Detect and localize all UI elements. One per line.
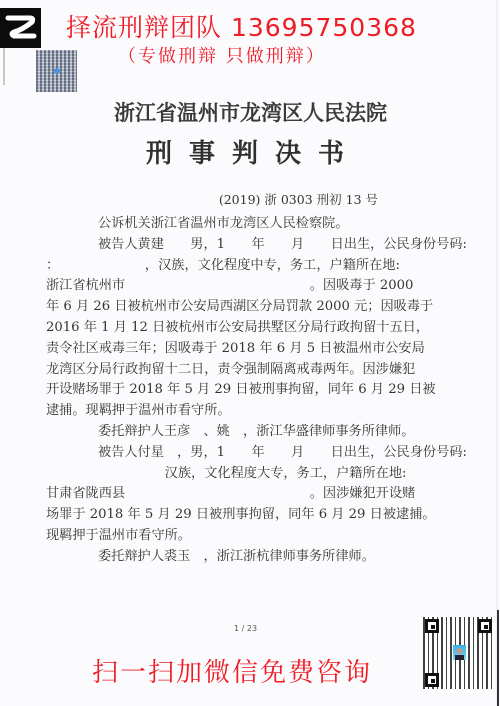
team-subtitle: （专做刑辩 只做刑辩） [118,42,326,68]
text-line: 现羁押于温州市看守所。 [72,526,422,547]
qr-code-icon[interactable] [423,617,494,689]
paragraph-defendant-1: 被告人黄建 男，1 年 月 日出生，公民身份号码: ： ，汉族，文化程度中专，务… [72,235,422,422]
page-edge [497,610,499,706]
paragraph-defender-2: 委托辩护人裘玉 ，浙江浙杭律师事务所律师。 [72,547,422,568]
text-line: 责令社区戒毒三年；因吸毒于 2018 年 6 月 5 日被温州市公安局 [72,339,422,360]
text-line: 逮捕。现羁押于温州市看守所。 [72,401,422,422]
text-line: ： ，汉族，文化程度中专，务工，户籍所在地: [72,256,422,277]
logo-icon [0,8,41,48]
text-line: 委托辩护人裘玉 ，浙江浙杭律师事务所律师。 [72,547,422,568]
court-name: 浙江省温州市龙湾区人民法院 [114,97,387,127]
qr-center-dot [54,68,60,74]
document-body: 公诉机关浙江省温州市龙湾区人民检察院。 被告人黄建 男，1 年 月 日出生，公民… [72,214,422,568]
text-line: 被告人黄建 男，1 年 月 日出生，公民身份号码: [72,235,422,256]
wechat-cta: 扫一扫加微信免费咨询 [92,652,372,689]
page-number: 1 / 23 [234,624,257,633]
text-line: 开设赌场罪于 2018 年 5 月 29 日被刑事拘留，同年 6 月 29 日被 [72,380,422,401]
text-line: 年 6 月 26 日被杭州市公安局西湖区分局罚款 2000 元；因吸毒于 [72,297,422,318]
text-line: 2016 年 1 月 12 日被杭州市公安局拱墅区分局行政拘留十五日， [72,318,422,339]
text-line: 委托辩护人王彦 、姚 ，浙江华盛律师事务所律师。 [72,422,422,443]
qr-finder-icon [425,673,439,687]
paragraph-prosecutor: 公诉机关浙江省温州市龙湾区人民检察院。 [72,214,422,235]
text-line: 被告人付星 ，男，1 年 月 日出生，公民身份号码: [72,443,422,464]
text-line: 公诉机关浙江省温州市龙湾区人民检察院。 [72,214,422,235]
page-edge [3,45,5,85]
team-title: 择流刑辩团队 13695750368 [66,8,466,44]
paragraph-defender-1: 委托辩护人王彦 、姚 ，浙江华盛律师事务所律师。 [72,422,422,443]
avatar [453,645,466,660]
text-line: 场罪于 2018 年 5 月 29 日被刑事拘留，同年 6 月 29 日被逮捕。 [72,505,422,526]
qr-finder-icon [425,619,439,633]
text-line: 龙湾区分局行政拘留十二日，责令强制隔离戒毒两年。因涉嫌犯 [72,360,422,381]
qr-code-icon[interactable] [36,50,77,92]
text-line: 浙江省杭州市 。因吸毒于 2000 [72,276,422,297]
qr-finder-icon [478,619,492,633]
document-title: 刑事判决书 [146,133,361,170]
page-edge [496,0,498,706]
case-number: (2019) 浙 0303 刑初 13 号 [219,190,378,208]
paragraph-defendant-2: 被告人付星 ，男，1 年 月 日出生，公民身份号码: 汉族，文化程度大专，务工，… [72,443,422,547]
text-line: 甘肃省陇西县 。因涉嫌犯开设赌 [72,484,422,505]
text-line: 汉族，文化程度大专，务工，户籍所在地: [72,464,422,485]
